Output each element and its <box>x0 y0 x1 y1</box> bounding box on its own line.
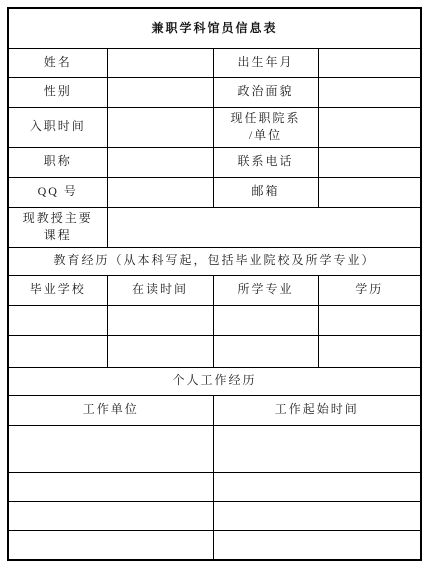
education-cell-school[interactable] <box>8 335 107 367</box>
field-label-gender: 性别 <box>8 77 107 107</box>
education-cell-school[interactable] <box>8 305 107 335</box>
field-value-email[interactable] <box>318 177 421 207</box>
form-document: 兼职学科馆员信息表 姓名 出生年月 性别 政治面貌 入职时间 现任职院系 /单位… <box>7 7 420 561</box>
field-value-gender[interactable] <box>107 77 213 107</box>
column-header-school: 毕业学校 <box>8 275 107 305</box>
field-label-political-status: 政治面貌 <box>213 77 318 107</box>
education-cell-study-period[interactable] <box>107 335 213 367</box>
field-label-phone: 联系电话 <box>213 147 318 177</box>
column-header-work-unit: 工作单位 <box>8 395 213 425</box>
education-cell-degree[interactable] <box>318 335 421 367</box>
field-value-name[interactable] <box>107 48 213 77</box>
field-label-email: 邮箱 <box>213 177 318 207</box>
form-title: 兼职学科馆员信息表 <box>8 8 421 48</box>
work-cell-dates[interactable] <box>213 501 421 530</box>
field-value-qq[interactable] <box>107 177 213 207</box>
info-form-table: 兼职学科馆员信息表 姓名 出生年月 性别 政治面貌 入职时间 现任职院系 /单位… <box>7 7 422 561</box>
field-label-qq: QQ 号 <box>8 177 107 207</box>
education-cell-major[interactable] <box>213 335 318 367</box>
education-cell-major[interactable] <box>213 305 318 335</box>
field-value-courses[interactable] <box>107 207 421 247</box>
field-label-title: 职称 <box>8 147 107 177</box>
field-value-title[interactable] <box>107 147 213 177</box>
work-cell-unit[interactable] <box>8 472 213 501</box>
education-cell-study-period[interactable] <box>107 305 213 335</box>
field-label-current-department: 现任职院系 /单位 <box>213 107 318 147</box>
column-header-major: 所学专业 <box>213 275 318 305</box>
education-cell-degree[interactable] <box>318 305 421 335</box>
column-header-study-period: 在读时间 <box>107 275 213 305</box>
work-cell-dates[interactable] <box>213 425 421 472</box>
field-label-birthdate: 出生年月 <box>213 48 318 77</box>
education-section-header: 教育经历（从本科写起，包括毕业院校及所学专业） <box>8 247 421 275</box>
work-cell-dates[interactable] <box>213 472 421 501</box>
field-label-name: 姓名 <box>8 48 107 77</box>
work-cell-unit[interactable] <box>8 530 213 560</box>
work-cell-unit[interactable] <box>8 425 213 472</box>
field-label-hire-date: 入职时间 <box>8 107 107 147</box>
field-value-hire-date[interactable] <box>107 107 213 147</box>
field-label-courses: 现教授主要 课程 <box>8 207 107 247</box>
work-cell-dates[interactable] <box>213 530 421 560</box>
work-cell-unit[interactable] <box>8 501 213 530</box>
field-value-political-status[interactable] <box>318 77 421 107</box>
field-value-phone[interactable] <box>318 147 421 177</box>
column-header-work-dates: 工作起始时间 <box>213 395 421 425</box>
field-value-birthdate[interactable] <box>318 48 421 77</box>
work-section-header: 个人工作经历 <box>8 367 421 395</box>
field-value-current-department[interactable] <box>318 107 421 147</box>
column-header-degree: 学历 <box>318 275 421 305</box>
